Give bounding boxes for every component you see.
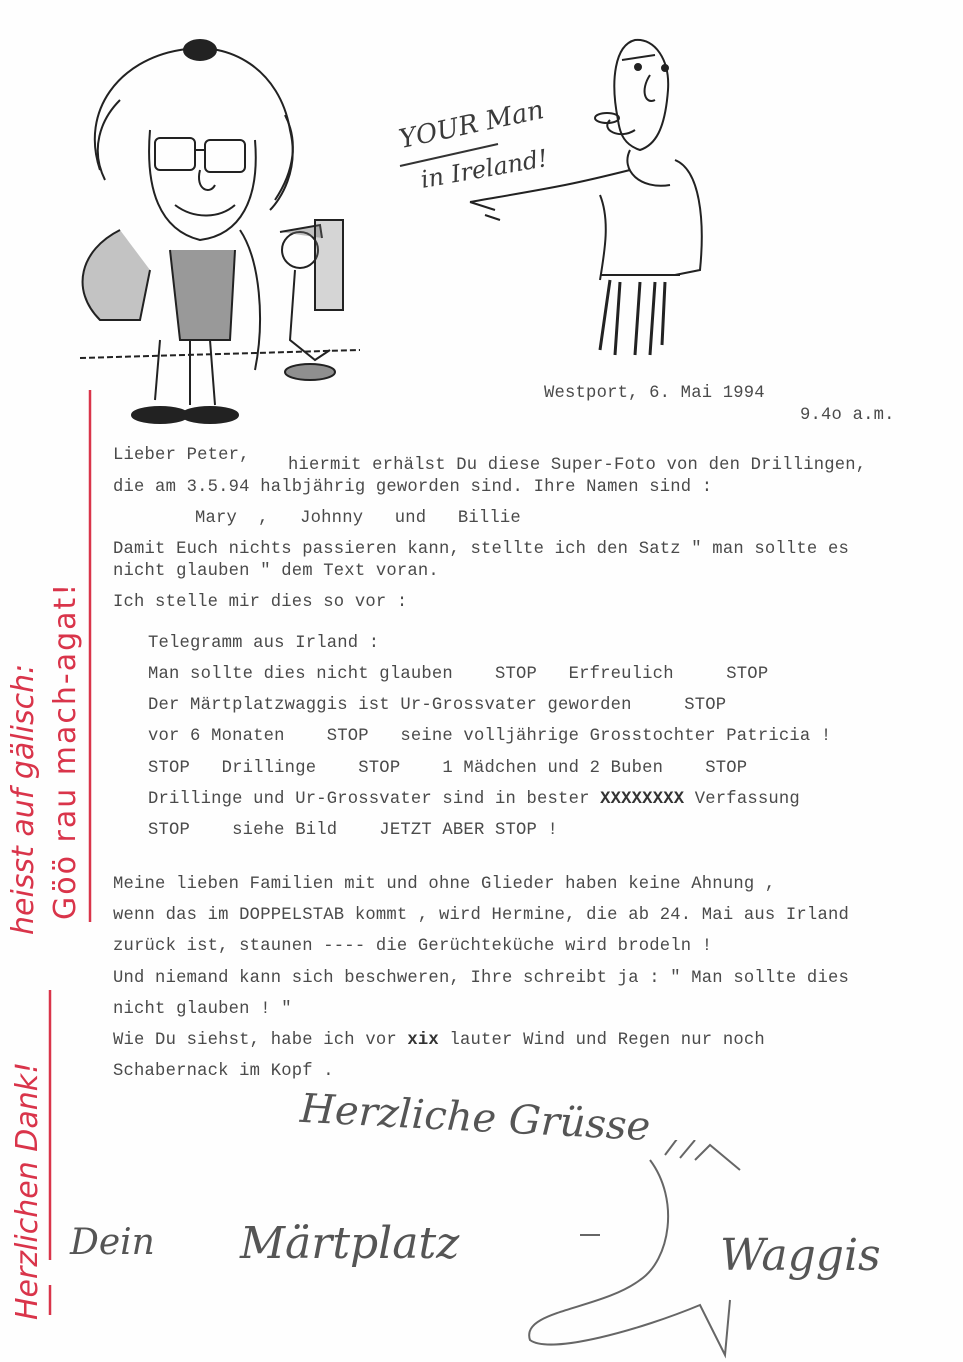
pointing-man-sketch xyxy=(440,20,740,380)
margin-note-gaelic-intro: heisst auf gälisch: xyxy=(6,664,41,935)
telegram-line: STOP siehe Bild JETZT ABER STOP ! xyxy=(148,821,558,840)
paragraph-2-line-1: Damit Euch nichts passieren kann, stellt… xyxy=(113,540,849,559)
telegram-line: Drillinge und Ur-Grossvater sind in best… xyxy=(148,790,800,809)
paragraph-4-line: zurück ist, staunen ---- die Gerüchteküc… xyxy=(113,937,712,956)
time: 9.4o a.m. xyxy=(800,406,895,425)
triplet-names: Mary , Johnny und Billie xyxy=(195,509,521,528)
paragraph-2-line-2: nicht glauben " dem Text voran. xyxy=(113,562,439,581)
telegram-line: Man sollte dies nicht glauben STOP Erfre… xyxy=(148,665,768,684)
caricature-drawing xyxy=(60,20,360,440)
paragraph-5-line-2: Schabernack im Kopf . xyxy=(113,1062,334,1081)
margin-note-thanks: Herzlichen Dank! xyxy=(10,1062,45,1320)
letter-page: YOUR Man in Ireland! Westport, 6. Mai 19… xyxy=(0,0,963,1362)
telegram-line: STOP Drillinge STOP 1 Mädchen und 2 Bube… xyxy=(148,759,747,778)
margin-note-gaelic-phrase: Göö rau mach-agat! xyxy=(48,582,83,920)
telegram-line: Telegramm aus Irland : xyxy=(148,634,379,653)
paragraph-1-line-1: hiermit erhälst Du diese Super-Foto von … xyxy=(288,456,866,475)
telegram-line: vor 6 Monaten STOP seine volljährige Gro… xyxy=(148,727,831,746)
paragraph-4-line: nicht glauben ! " xyxy=(113,1000,292,1019)
paragraph-4-line: Meine lieben Familien mit und ohne Glied… xyxy=(113,875,775,894)
paragraph-5-line-1: Wie Du siehst, habe ich vor xix lauter W… xyxy=(113,1031,765,1050)
place-date: Westport, 6. Mai 1994 xyxy=(544,384,765,403)
signature-name-part1: Märtplatz xyxy=(240,1218,459,1269)
p5-text-b: lauter Wind und Regen nur noch xyxy=(439,1031,765,1050)
struck-out-text: XXXXXXXX xyxy=(600,790,684,809)
telegram-line: Der Märtplatzwaggis ist Ur-Grossvater ge… xyxy=(148,696,726,715)
paragraph-4-line: Und niemand kann sich beschweren, Ihre s… xyxy=(113,969,849,988)
salutation: Lieber Peter, xyxy=(113,446,250,465)
paragraph-1-line-2: die am 3.5.94 halbjährig geworden sind. … xyxy=(113,478,712,497)
paragraph-3: Ich stelle mir dies so vor : xyxy=(113,593,407,612)
telegram-line-text: Drillinge und Ur-Grossvater sind in best… xyxy=(148,790,600,809)
struck-out-text: xix xyxy=(407,1031,439,1050)
signature-flourish xyxy=(520,1140,880,1360)
p5-text-a: Wie Du siehst, habe ich vor xyxy=(113,1031,407,1050)
paragraph-4-line: wenn das im DOPPELSTAB kommt , wird Herm… xyxy=(113,906,849,925)
telegram-line-end: Verfassung xyxy=(684,790,800,809)
